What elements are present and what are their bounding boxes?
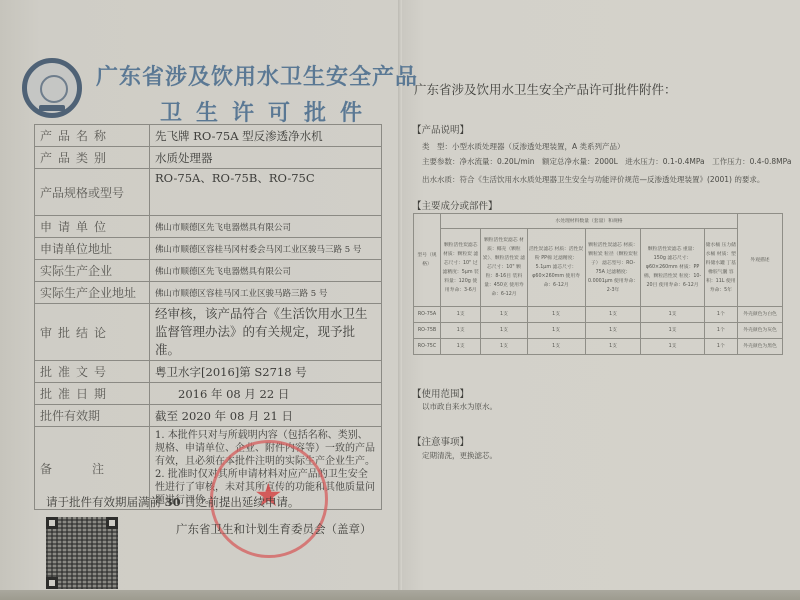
- manufacturer-address: 佛山市顺德区容桂马冈工业区骏马路三路 5 号: [150, 282, 382, 304]
- column-header: 型号（规格）: [414, 214, 441, 307]
- component-spec: 活性炭滤芯 材质：活性炭粉 PP棉 过滤精度：5.1μm 滤芯尺寸：φ60×26…: [527, 229, 585, 307]
- outlet-water-quality: 出水水质：符合《生活饮用水水质处理器卫生安全与功能评价规范—反渗透处理装置》(2…: [422, 174, 764, 185]
- section-heading: 【使用范围】: [412, 386, 469, 400]
- field-label: 产品规格或型号: [35, 169, 150, 216]
- table-row: 产品类别 水质处理器: [35, 147, 382, 169]
- table-row: 批准日期 2016 年 08 月 22 日: [35, 383, 382, 405]
- validity-period: 截至 2020 年 08 月 21 日: [150, 405, 382, 427]
- table-surface: [0, 590, 800, 600]
- component-spec: 颗粒活性炭滤芯 重量：150g 滤芯尺寸：φ60×260mm 材质：PP棉，颗粒…: [641, 229, 704, 307]
- table-row: 实际生产企业 佛山市顺德区先飞电器燃具有限公司: [35, 260, 382, 282]
- component-spec: 储水桶 压力储水桶 材质：塑料储水罐 丁基橡胶气囊 容积：11L 使用寿命：5年: [704, 229, 737, 307]
- usage-scope: 以市政自来水为原水。: [422, 401, 497, 412]
- issuing-authority: 广东省卫生和计划生育委员会（盖章）: [176, 521, 372, 537]
- product-type: 类 型：小型水质处理器（反渗透处理装置，A 类系列产品）: [422, 141, 625, 152]
- table-row: 产品名称 先飞牌 RO-75A 型反渗透净水机: [35, 125, 382, 147]
- approval-number: 粤卫水字[2016]第 S2718 号: [150, 361, 382, 383]
- component-spec: 颗粒活性炭滤芯 材质：椰壳（颗粒炭）、颗粒活性炭 滤芯尺寸：10" 颗粒：8-1…: [481, 229, 527, 307]
- column-group-header: 水处理材料数量（套量）和规格: [441, 214, 738, 229]
- main-parameters: 主要参数：净水流量：0.20L/min 额定总净水量：2000L 进水压力：0.…: [422, 156, 791, 167]
- field-label: 实际生产企业地址: [35, 282, 150, 304]
- field-label: 申请单位地址: [35, 238, 150, 260]
- manufacturer: 佛山市顺德区先飞电器燃具有限公司: [150, 260, 382, 282]
- field-label: 批准文号: [35, 361, 150, 383]
- field-label: 审批结论: [35, 304, 150, 361]
- table-row: RO-75B 1支 1支 1支 1支 1支 1个 外壳颜色为灰色: [414, 323, 783, 339]
- applicant-address: 佛山市顺德区容桂马冈村委会马冈工业区骏马三路 5 号: [150, 238, 382, 260]
- permit-title: 广东省涉及饮用水卫生安全产品: [96, 60, 418, 91]
- attachment-title: 广东省涉及饮用水卫生安全产品许可批件附件：: [414, 80, 677, 98]
- components-table: 型号（规格） 水处理材料数量（套量）和规格 外观描述 颗粒活性炭滤芯 材质：颗粒…: [413, 213, 783, 355]
- health-authority-emblem-icon: [22, 58, 82, 118]
- renewal-days: 30: [165, 495, 181, 509]
- table-row: 批件有效期 截至 2020 年 08 月 21 日: [35, 405, 382, 427]
- component-spec: 颗粒活性炭滤芯 材质：颗粒炭 粒径（颗粒炭粒子） 滤芯型号：RO-75A 过滤精…: [585, 229, 641, 307]
- field-label: 实际生产企业: [35, 260, 150, 282]
- table-row: 产品规格或型号 RO-75A、RO-75B、RO-75C: [35, 169, 382, 216]
- renewal-note: 请于批件有效期届满前 30 日之前提出延续申请。: [46, 494, 299, 510]
- permit-subtitle: 卫生许可批件: [160, 96, 376, 127]
- component-spec: 颗粒活性炭滤芯 材质：颗粒炭 滤芯尺寸：10" 过滤精度：5μm 装料量：120…: [441, 229, 481, 307]
- column-header: 外观描述: [738, 214, 783, 307]
- permit-info-table: 产品名称 先飞牌 RO-75A 型反渗透净水机 产品类别 水质处理器 产品规格或…: [34, 124, 382, 510]
- applicant: 佛山市顺德区先飞电器燃具有限公司: [150, 216, 382, 238]
- approval-conclusion: 经审核，该产品符合《生活饮用水卫生监督管理办法》的有关规定，现予批准。: [150, 304, 382, 361]
- table-row: RO-75A 1支 1支 1支 1支 1支 1个 外壳颜色为白色: [414, 307, 783, 323]
- table-row: 批准文号 粤卫水字[2016]第 S2718 号: [35, 361, 382, 383]
- section-heading: 【主要成分或部件】: [412, 198, 498, 212]
- field-label: 申请单位: [35, 216, 150, 238]
- product-models: RO-75A、RO-75B、RO-75C: [150, 169, 382, 216]
- field-label: 产品类别: [35, 147, 150, 169]
- table-row: 申请单位地址 佛山市顺德区容桂马冈村委会马冈工业区骏马三路 5 号: [35, 238, 382, 260]
- field-label: 批件有效期: [35, 405, 150, 427]
- product-category: 水质处理器: [150, 147, 382, 169]
- product-name: 先飞牌 RO-75A 型反渗透净水机: [150, 125, 382, 147]
- table-row: 申请单位 佛山市顺德区先飞电器燃具有限公司: [35, 216, 382, 238]
- table-row: RO-75C 1支 1支 1支 1支 1支 1个 外壳颜色为黑色: [414, 339, 783, 355]
- section-heading: 【注意事项】: [412, 434, 469, 448]
- field-label: 批准日期: [35, 383, 150, 405]
- field-label: 产品名称: [35, 125, 150, 147]
- approval-date: 2016 年 08 月 22 日: [150, 383, 382, 405]
- qr-code-icon: [46, 517, 118, 589]
- section-heading: 【产品说明】: [412, 122, 469, 136]
- cautions: 定期清洗，更换滤芯。: [422, 450, 497, 461]
- table-row: 审批结论 经审核，该产品符合《生活饮用水卫生监督管理办法》的有关规定，现予批准。: [35, 304, 382, 361]
- table-row: 实际生产企业地址 佛山市顺德区容桂马冈工业区骏马路三路 5 号: [35, 282, 382, 304]
